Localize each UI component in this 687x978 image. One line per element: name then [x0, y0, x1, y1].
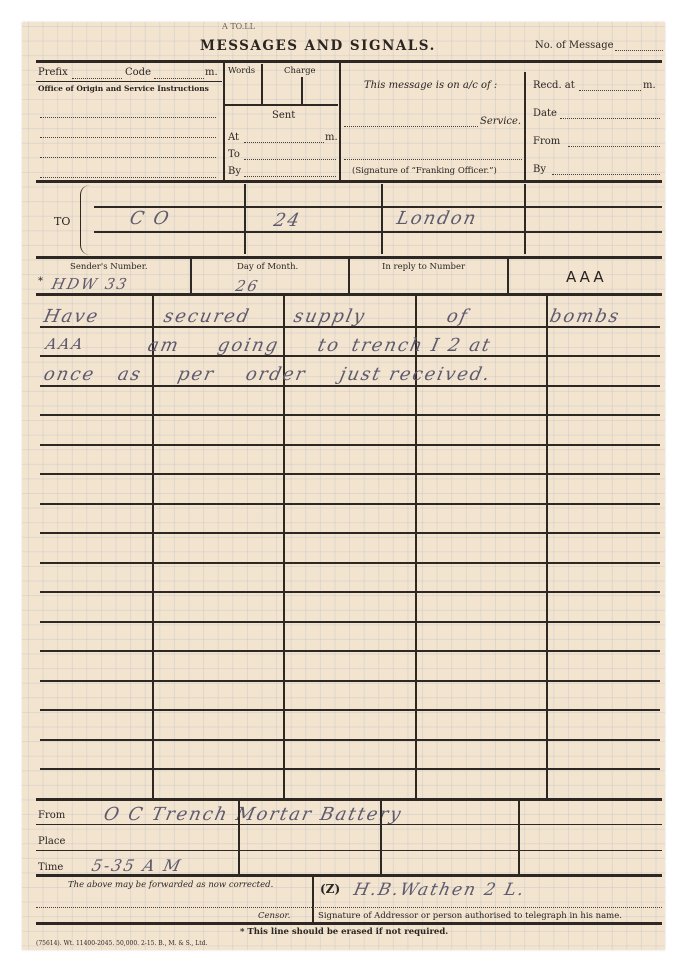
- message-row-line: [40, 739, 660, 741]
- from-label: From: [38, 810, 65, 821]
- account-service-field[interactable]: [344, 126, 478, 127]
- message-row-line: [40, 473, 660, 475]
- divider: [36, 798, 662, 801]
- asterisk-mark: *: [38, 276, 43, 287]
- divider: [190, 258, 192, 294]
- message-word[interactable]: as: [116, 364, 144, 385]
- addressor-label: Signature of Addressor or person authori…: [318, 911, 622, 921]
- office-line-1[interactable]: [40, 117, 216, 118]
- message-row-line: [40, 414, 660, 416]
- forwarded-note: The above may be forwarded as now correc…: [68, 880, 273, 890]
- message-word[interactable]: just received.: [338, 364, 494, 385]
- sent-to-label: To: [228, 149, 240, 160]
- message-word[interactable]: supply: [292, 306, 368, 327]
- message-word[interactable]: AAA: [44, 335, 86, 353]
- message-word[interactable]: going: [216, 335, 282, 356]
- divider: [524, 184, 526, 254]
- divider: [524, 72, 526, 182]
- message-word[interactable]: am: [146, 335, 182, 356]
- time-label: Time: [38, 862, 63, 873]
- message-row-line: [40, 385, 660, 387]
- message-row-line: [40, 562, 660, 564]
- prefix-field[interactable]: [72, 78, 122, 79]
- date-field[interactable]: [560, 118, 660, 119]
- to-unit[interactable]: 24: [272, 210, 303, 231]
- message-word[interactable]: Have: [42, 306, 102, 327]
- message-word[interactable]: trench I 2 at: [350, 335, 494, 356]
- sent-label: Sent: [272, 110, 295, 121]
- censor-label: Censor.: [258, 911, 290, 921]
- to-location[interactable]: London: [395, 208, 480, 229]
- office-line-4[interactable]: [40, 177, 216, 178]
- code-field[interactable]: [154, 78, 204, 79]
- sent-by-label: By: [228, 166, 241, 177]
- divider: [244, 184, 246, 254]
- sent-by-field[interactable]: [244, 176, 336, 177]
- message-row-line: [40, 591, 660, 593]
- office-line-3[interactable]: [40, 157, 216, 158]
- divider: [152, 296, 154, 800]
- message-word[interactable]: per: [176, 364, 217, 385]
- message-word[interactable]: of: [445, 306, 471, 327]
- divider: [381, 184, 383, 254]
- divider: [301, 77, 303, 104]
- reply-number-label: In reply to Number: [382, 262, 465, 272]
- received-from-field[interactable]: [568, 146, 660, 147]
- franking-officer-label: (Signature of “Franking Officer.”): [352, 166, 497, 176]
- to-label: TO: [54, 215, 70, 228]
- message-row-line: [40, 650, 660, 652]
- prefix-label: Prefix: [38, 67, 68, 78]
- erase-note: * This line should be erased if not requ…: [240, 927, 448, 937]
- office-of-origin-label: Office of Origin and Service Instruction…: [38, 84, 209, 93]
- divider: [36, 824, 662, 825]
- sent-to-field[interactable]: [244, 159, 336, 160]
- divider: [223, 62, 225, 182]
- message-row-line: [40, 680, 660, 682]
- divider: [339, 62, 341, 182]
- divider: [380, 800, 382, 874]
- charge-label: Charge: [284, 66, 316, 76]
- sent-at-label: At: [228, 132, 239, 143]
- divider: [261, 64, 263, 104]
- divider: [223, 104, 338, 106]
- message-form: A TO.LL MESSAGES AND SIGNALS. No. of Mes…: [22, 22, 665, 950]
- form-title: MESSAGES AND SIGNALS.: [200, 38, 436, 54]
- recd-at-field[interactable]: [579, 90, 641, 91]
- message-number-label: No. of Message: [535, 40, 614, 51]
- code-m-label: m.: [205, 67, 218, 78]
- divider: [36, 850, 662, 851]
- top-partial-text: A TO.LL: [222, 22, 255, 31]
- divider: [507, 258, 509, 294]
- addressor-signature[interactable]: H.B.Wathen 2 L.: [352, 880, 528, 900]
- time-value[interactable]: 5-35 A M: [90, 856, 184, 875]
- divider: [312, 876, 314, 922]
- received-by-field[interactable]: [552, 174, 660, 175]
- divider: [36, 180, 662, 183]
- received-from-label: From: [533, 136, 560, 147]
- aaa-marker: AAA: [566, 268, 607, 286]
- message-number-field[interactable]: [615, 50, 663, 51]
- divider: [518, 800, 520, 874]
- message-word[interactable]: once: [42, 364, 98, 385]
- recd-m-label: m.: [643, 80, 656, 91]
- divider: [348, 258, 350, 294]
- words-label: Words: [228, 66, 255, 76]
- message-word[interactable]: secured: [162, 306, 253, 327]
- message-word[interactable]: to: [316, 335, 343, 356]
- recd-at-label: Recd. at: [533, 80, 575, 91]
- divider: [36, 293, 662, 296]
- day-of-month-label: Day of Month.: [237, 262, 298, 272]
- account-label: This message is on a/c of :: [364, 80, 497, 91]
- sent-at-m: m.: [325, 132, 338, 143]
- divider: [36, 874, 662, 877]
- divider: [238, 800, 240, 874]
- message-row-line: [40, 768, 660, 770]
- message-row-line: [40, 621, 660, 623]
- divider: [36, 81, 222, 82]
- office-line-2[interactable]: [40, 137, 216, 138]
- code-label: Code: [125, 67, 151, 78]
- divider: [94, 231, 662, 233]
- divider: [36, 60, 662, 63]
- message-word[interactable]: bombs: [548, 306, 623, 327]
- place-label: Place: [38, 836, 65, 847]
- sender-number-value[interactable]: HDW 33: [50, 275, 130, 293]
- sent-at-field[interactable]: [244, 142, 324, 143]
- message-row-line: [40, 444, 660, 446]
- message-row-line: [40, 709, 660, 711]
- from-value[interactable]: O C Trench Mortar Battery: [102, 804, 405, 825]
- message-row-line: [40, 532, 660, 534]
- to-addressee[interactable]: C O: [128, 208, 173, 229]
- received-by-label: By: [533, 164, 546, 175]
- printer-imprint: (75614). Wt. 11400-2045. 50,000. 2-15. B…: [36, 940, 207, 947]
- signature-line: [36, 907, 662, 908]
- franking-signature-field[interactable]: [344, 159, 522, 160]
- divider: [546, 296, 548, 800]
- message-row-line: [40, 503, 660, 505]
- sender-number-label: Sender's Number.: [70, 262, 148, 272]
- date-label: Date: [533, 108, 557, 119]
- service-label: Service.: [480, 116, 521, 127]
- z-mark: (Z): [320, 882, 340, 896]
- to-brace: [80, 185, 91, 255]
- divider: [36, 922, 662, 925]
- divider: [94, 206, 662, 208]
- message-word[interactable]: order: [244, 364, 309, 385]
